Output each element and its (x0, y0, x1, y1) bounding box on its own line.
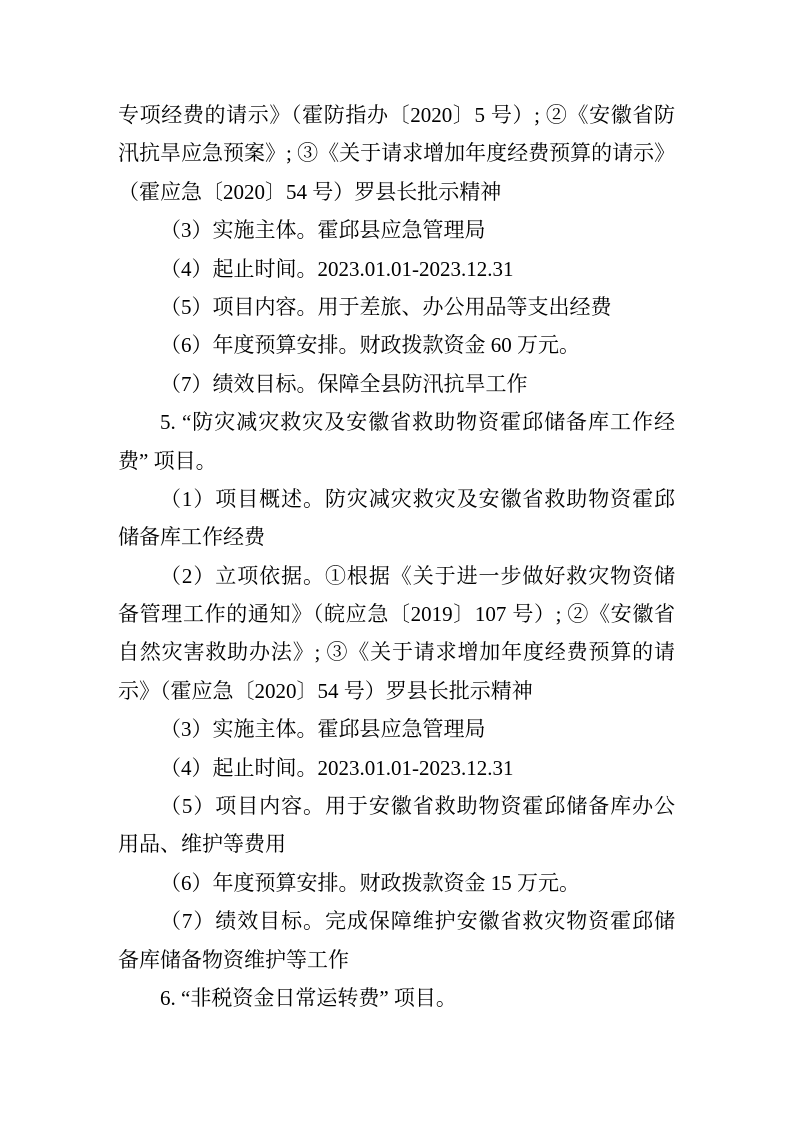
text-line: 用品、维护等费用 (118, 825, 675, 863)
paragraph: （7）绩效目标。完成保障维护安徽省救灾物资霍邱储备库储备物资维护等工作 (118, 902, 675, 979)
text-line: 备管理工作的通知》（皖应急〔2019〕107 号）; ②《安徽省 (118, 595, 675, 633)
text-line: 专项经费的请示》（霍防指办〔2020〕5 号）; ②《安徽省防 (118, 96, 675, 134)
text-line: （7）绩效目标。保障全县防汛抗旱工作 (118, 365, 675, 403)
text-line: （6）年度预算安排。财政拨款资金 15 万元。 (118, 864, 675, 902)
paragraph: （3）实施主体。霍邱县应急管理局 (118, 710, 675, 748)
text-line: （2）立项依据。①根据《关于进一步做好救灾物资储 (118, 557, 675, 595)
text-line: （3）实施主体。霍邱县应急管理局 (118, 710, 675, 748)
text-line: 自然灾害救助办法》; ③《关于请求增加年度经费预算的请 (118, 633, 675, 671)
paragraph: 5. “防灾减灾救灾及安徽省救助物资霍邱储备库工作经费” 项目。 (118, 403, 675, 480)
text-line: （6）年度预算安排。财政拨款资金 60 万元。 (118, 326, 675, 364)
text-line: 汛抗旱应急预案》; ③《关于请求增加年度经费预算的请示》 (118, 134, 675, 172)
text-line: （5）项目内容。用于差旅、办公用品等支出经费 (118, 288, 675, 326)
paragraph: 专项经费的请示》（霍防指办〔2020〕5 号）; ②《安徽省防汛抗旱应急预案》;… (118, 96, 675, 211)
text-line: 5. “防灾减灾救灾及安徽省救助物资霍邱储备库工作经 (118, 403, 675, 441)
paragraph: （5）项目内容。用于安徽省救助物资霍邱储备库办公用品、维护等费用 (118, 787, 675, 864)
text-line: 储备库工作经费 (118, 518, 675, 556)
text-line: 费” 项目。 (118, 442, 675, 480)
text-line: 示》（霍应急〔2020〕54 号）罗县长批示精神 (118, 672, 675, 710)
paragraph: （6）年度预算安排。财政拨款资金 60 万元。 (118, 326, 675, 364)
text-line: （4）起止时间。2023.01.01-2023.12.31 (118, 749, 675, 787)
text-line: （1）项目概述。防灾减灾救灾及安徽省救助物资霍邱 (118, 480, 675, 518)
text-line: （7）绩效目标。完成保障维护安徽省救灾物资霍邱储 (118, 902, 675, 940)
paragraph: （6）年度预算安排。财政拨款资金 15 万元。 (118, 864, 675, 902)
paragraph: 6. “非税资金日常运转费” 项目。 (118, 979, 675, 1017)
text-line: （霍应急〔2020〕54 号）罗县长批示精神 (118, 173, 675, 211)
text-line: （5）项目内容。用于安徽省救助物资霍邱储备库办公 (118, 787, 675, 825)
paragraph: （5）项目内容。用于差旅、办公用品等支出经费 (118, 288, 675, 326)
text-line: 6. “非税资金日常运转费” 项目。 (118, 979, 675, 1017)
paragraph: （4）起止时间。2023.01.01-2023.12.31 (118, 749, 675, 787)
paragraph: （4）起止时间。2023.01.01-2023.12.31 (118, 250, 675, 288)
document-body: 专项经费的请示》（霍防指办〔2020〕5 号）; ②《安徽省防汛抗旱应急预案》;… (118, 96, 675, 1017)
paragraph: （7）绩效目标。保障全县防汛抗旱工作 (118, 365, 675, 403)
text-line: 备库储备物资维护等工作 (118, 941, 675, 979)
document-page: 专项经费的请示》（霍防指办〔2020〕5 号）; ②《安徽省防汛抗旱应急预案》;… (0, 0, 793, 1122)
text-line: （4）起止时间。2023.01.01-2023.12.31 (118, 250, 675, 288)
paragraph: （2）立项依据。①根据《关于进一步做好救灾物资储备管理工作的通知》（皖应急〔20… (118, 557, 675, 711)
paragraph: （3）实施主体。霍邱县应急管理局 (118, 211, 675, 249)
paragraph: （1）项目概述。防灾减灾救灾及安徽省救助物资霍邱储备库工作经费 (118, 480, 675, 557)
text-line: （3）实施主体。霍邱县应急管理局 (118, 211, 675, 249)
